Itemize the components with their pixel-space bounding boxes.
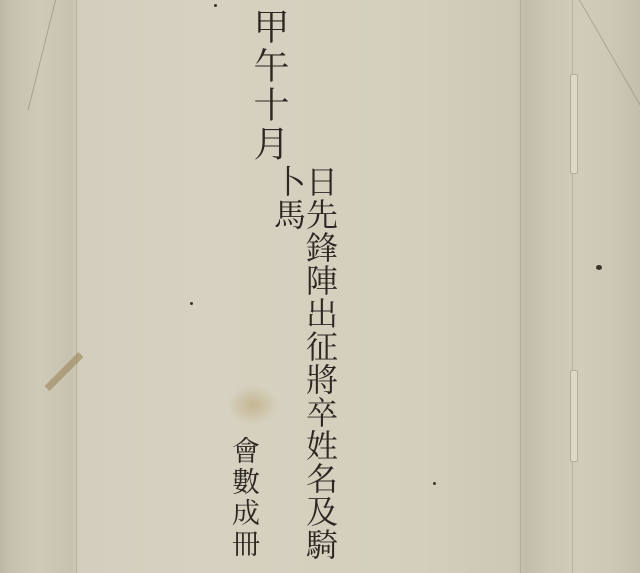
paper-speck: [190, 302, 193, 305]
manuscript-page: 甲午十月 日先鋒陣出征將卒姓名及騎卜馬 會數成冊: [0, 0, 640, 573]
paper-speck: [433, 482, 436, 485]
water-stain: [228, 385, 278, 425]
subtitle-column: 會數成冊: [230, 436, 258, 560]
fold-line-right: [520, 0, 521, 573]
paper-speck: [214, 4, 217, 7]
folded-corner-right: [579, 0, 640, 110]
folded-corner-left: [0, 0, 56, 110]
binding-stitch-top: [570, 74, 578, 174]
paper-blemish: [596, 265, 602, 270]
title-main-column: 日先鋒陣出征將卒姓名及騎卜馬: [272, 165, 336, 573]
fold-line-left: [76, 0, 77, 573]
binding-stitch-bottom: [570, 370, 578, 462]
title-date-column: 甲午十月: [250, 8, 286, 164]
paper-fiber: [45, 352, 84, 391]
